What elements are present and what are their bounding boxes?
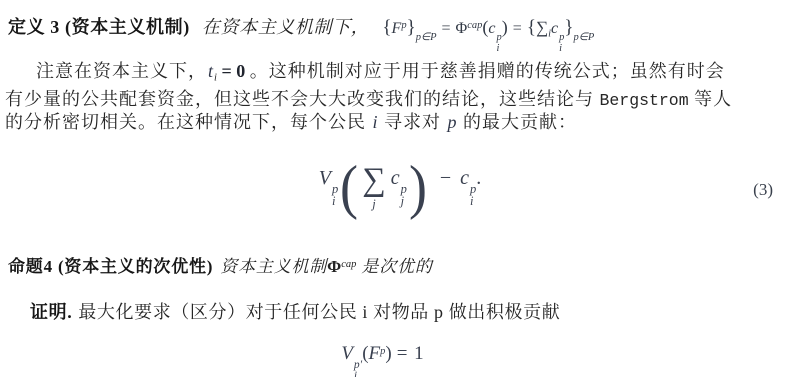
equation-3: Vpi ( ∑j cpj ) −cpi. bbox=[0, 147, 800, 227]
text-segment: 有少量的公共配套资金，但这些不会大大改变我们的结论，这些结论与 bbox=[5, 89, 600, 109]
math-var-F: F bbox=[392, 20, 402, 37]
definition-3-line: 定义 3 (资本主义机制) 在资本主义机制下， {Fp}p∈P=Φcap(cpi… bbox=[8, 13, 594, 54]
math-big-rparen: ) bbox=[409, 160, 427, 214]
math-sub-i: i bbox=[559, 44, 562, 55]
math-sum-sigma: ∑ bbox=[536, 18, 548, 37]
math-sub-j: j bbox=[401, 195, 404, 208]
math-rparen: ) bbox=[385, 343, 391, 364]
math-term-minus-c: −cpi. bbox=[429, 167, 481, 208]
author-name: Bergstrom bbox=[600, 91, 689, 110]
text-segment: 的最大贡献： bbox=[458, 112, 578, 132]
math-sub-i: i bbox=[332, 195, 335, 208]
body-paragraph: 注意在资本主义下，ti = 0 。这种机制对应于用于慈善捐赠的传统公式；虽然有时… bbox=[5, 61, 732, 133]
math-sub-set: p∈P bbox=[573, 32, 594, 43]
paragraph-line-3: 的分析密切相关。在这种情况下，每个公民 i 寻求对 p 的最大贡献： bbox=[5, 112, 732, 134]
math-rparen: ) bbox=[502, 17, 508, 37]
proposition-heading: 命题4 (资本主义的次优性) bbox=[8, 257, 213, 276]
text-segment: 的分析密切相关。在这种情况下，每个公民 bbox=[5, 112, 372, 132]
text-segment: 。这种机制对应于用于慈善捐赠的传统公式；虽然有时会 bbox=[250, 61, 725, 81]
proposition-italic-text: 资本主义机制 bbox=[220, 257, 327, 276]
math-var-i: i bbox=[373, 112, 378, 132]
paragraph-line-2: 有少量的公共配套资金，但这些不会大大改变我们的结论，这些结论与 Bergstro… bbox=[5, 89, 732, 112]
math-var-c: c bbox=[551, 20, 558, 37]
math-sub-i: i bbox=[497, 44, 500, 55]
definition-heading: 定义 3 (资本主义机制) bbox=[8, 17, 190, 37]
proof-line: 证明.最大化要求（区分）对于任何公民 i 对物品 p 做出积极贡献 bbox=[30, 298, 560, 324]
math-phi: Φ bbox=[456, 20, 468, 37]
math-supsub-stack: pi bbox=[332, 183, 338, 208]
math-equals-one: = 1 bbox=[397, 343, 425, 364]
proposition-4-line: 命题4 (资本主义的次优性)资本主义机制Φcap 是次优的 bbox=[8, 252, 433, 277]
math-rbrace: } bbox=[407, 17, 416, 38]
math-equals-zero: = 0 bbox=[217, 61, 250, 81]
math-var-c: c bbox=[391, 167, 400, 189]
math-var-F: F bbox=[369, 343, 381, 364]
math-lbrace: { bbox=[382, 17, 391, 38]
math-var-c: c bbox=[488, 20, 495, 37]
math-sum-sigma: ∑ bbox=[362, 164, 386, 197]
math-sum-index-j: j bbox=[372, 198, 375, 211]
math-big-lparen: ( bbox=[340, 160, 358, 214]
math-phi: Φ bbox=[327, 257, 341, 276]
math-var-p: p bbox=[448, 112, 457, 132]
text-segment: 注意在资本主义下， bbox=[36, 61, 207, 81]
math-sum-with-limit: ∑j bbox=[362, 164, 386, 211]
math-sub-i: i bbox=[354, 371, 357, 377]
proof-label: 证明. bbox=[30, 302, 72, 322]
equation-number: (3) bbox=[753, 180, 773, 200]
proof-text: 最大化要求（区分）对于任何公民 i 对物品 p 做出积极贡献 bbox=[78, 302, 560, 322]
math-supsub-stack: pj bbox=[401, 183, 407, 208]
math-sup-cap: cap bbox=[467, 20, 482, 31]
definition-lead-italic: 在资本主义机制下， bbox=[202, 17, 369, 37]
math-period: . bbox=[476, 167, 481, 189]
text-segment: 等人 bbox=[689, 89, 733, 109]
math-sup-cap: cap bbox=[341, 259, 356, 270]
math-lbrace: { bbox=[527, 17, 536, 38]
equation-4: Vp′i(Fp)= 1 bbox=[0, 343, 766, 377]
math-sub-set: p∈P bbox=[416, 32, 437, 43]
proposition-italic-text: 是次优的 bbox=[356, 257, 432, 276]
text-segment: 寻求对 bbox=[379, 112, 447, 132]
math-supsub-stack: p′i bbox=[354, 360, 362, 377]
math-term-c: cpj bbox=[391, 167, 407, 208]
math-var-V: V bbox=[341, 343, 353, 364]
math-equals: = bbox=[513, 20, 522, 37]
math-term-V: Vpi bbox=[319, 167, 338, 208]
math-minus: − bbox=[440, 167, 451, 189]
paper-page: 定义 3 (资本主义机制) 在资本主义机制下， {Fp}p∈P=Φcap(cpi… bbox=[0, 0, 800, 377]
definition-formula: {Fp}p∈P=Φcap(cpi)={∑icpi}p∈P bbox=[382, 20, 594, 37]
math-var-t: t bbox=[208, 61, 213, 81]
math-sub-i: i bbox=[470, 195, 473, 208]
paragraph-line-1: 注意在资本主义下，ti = 0 。这种机制对应于用于慈善捐赠的传统公式；虽然有时… bbox=[5, 61, 732, 89]
math-var-c: c bbox=[460, 167, 469, 189]
math-equals: = bbox=[442, 20, 451, 37]
math-var-V: V bbox=[319, 167, 331, 189]
